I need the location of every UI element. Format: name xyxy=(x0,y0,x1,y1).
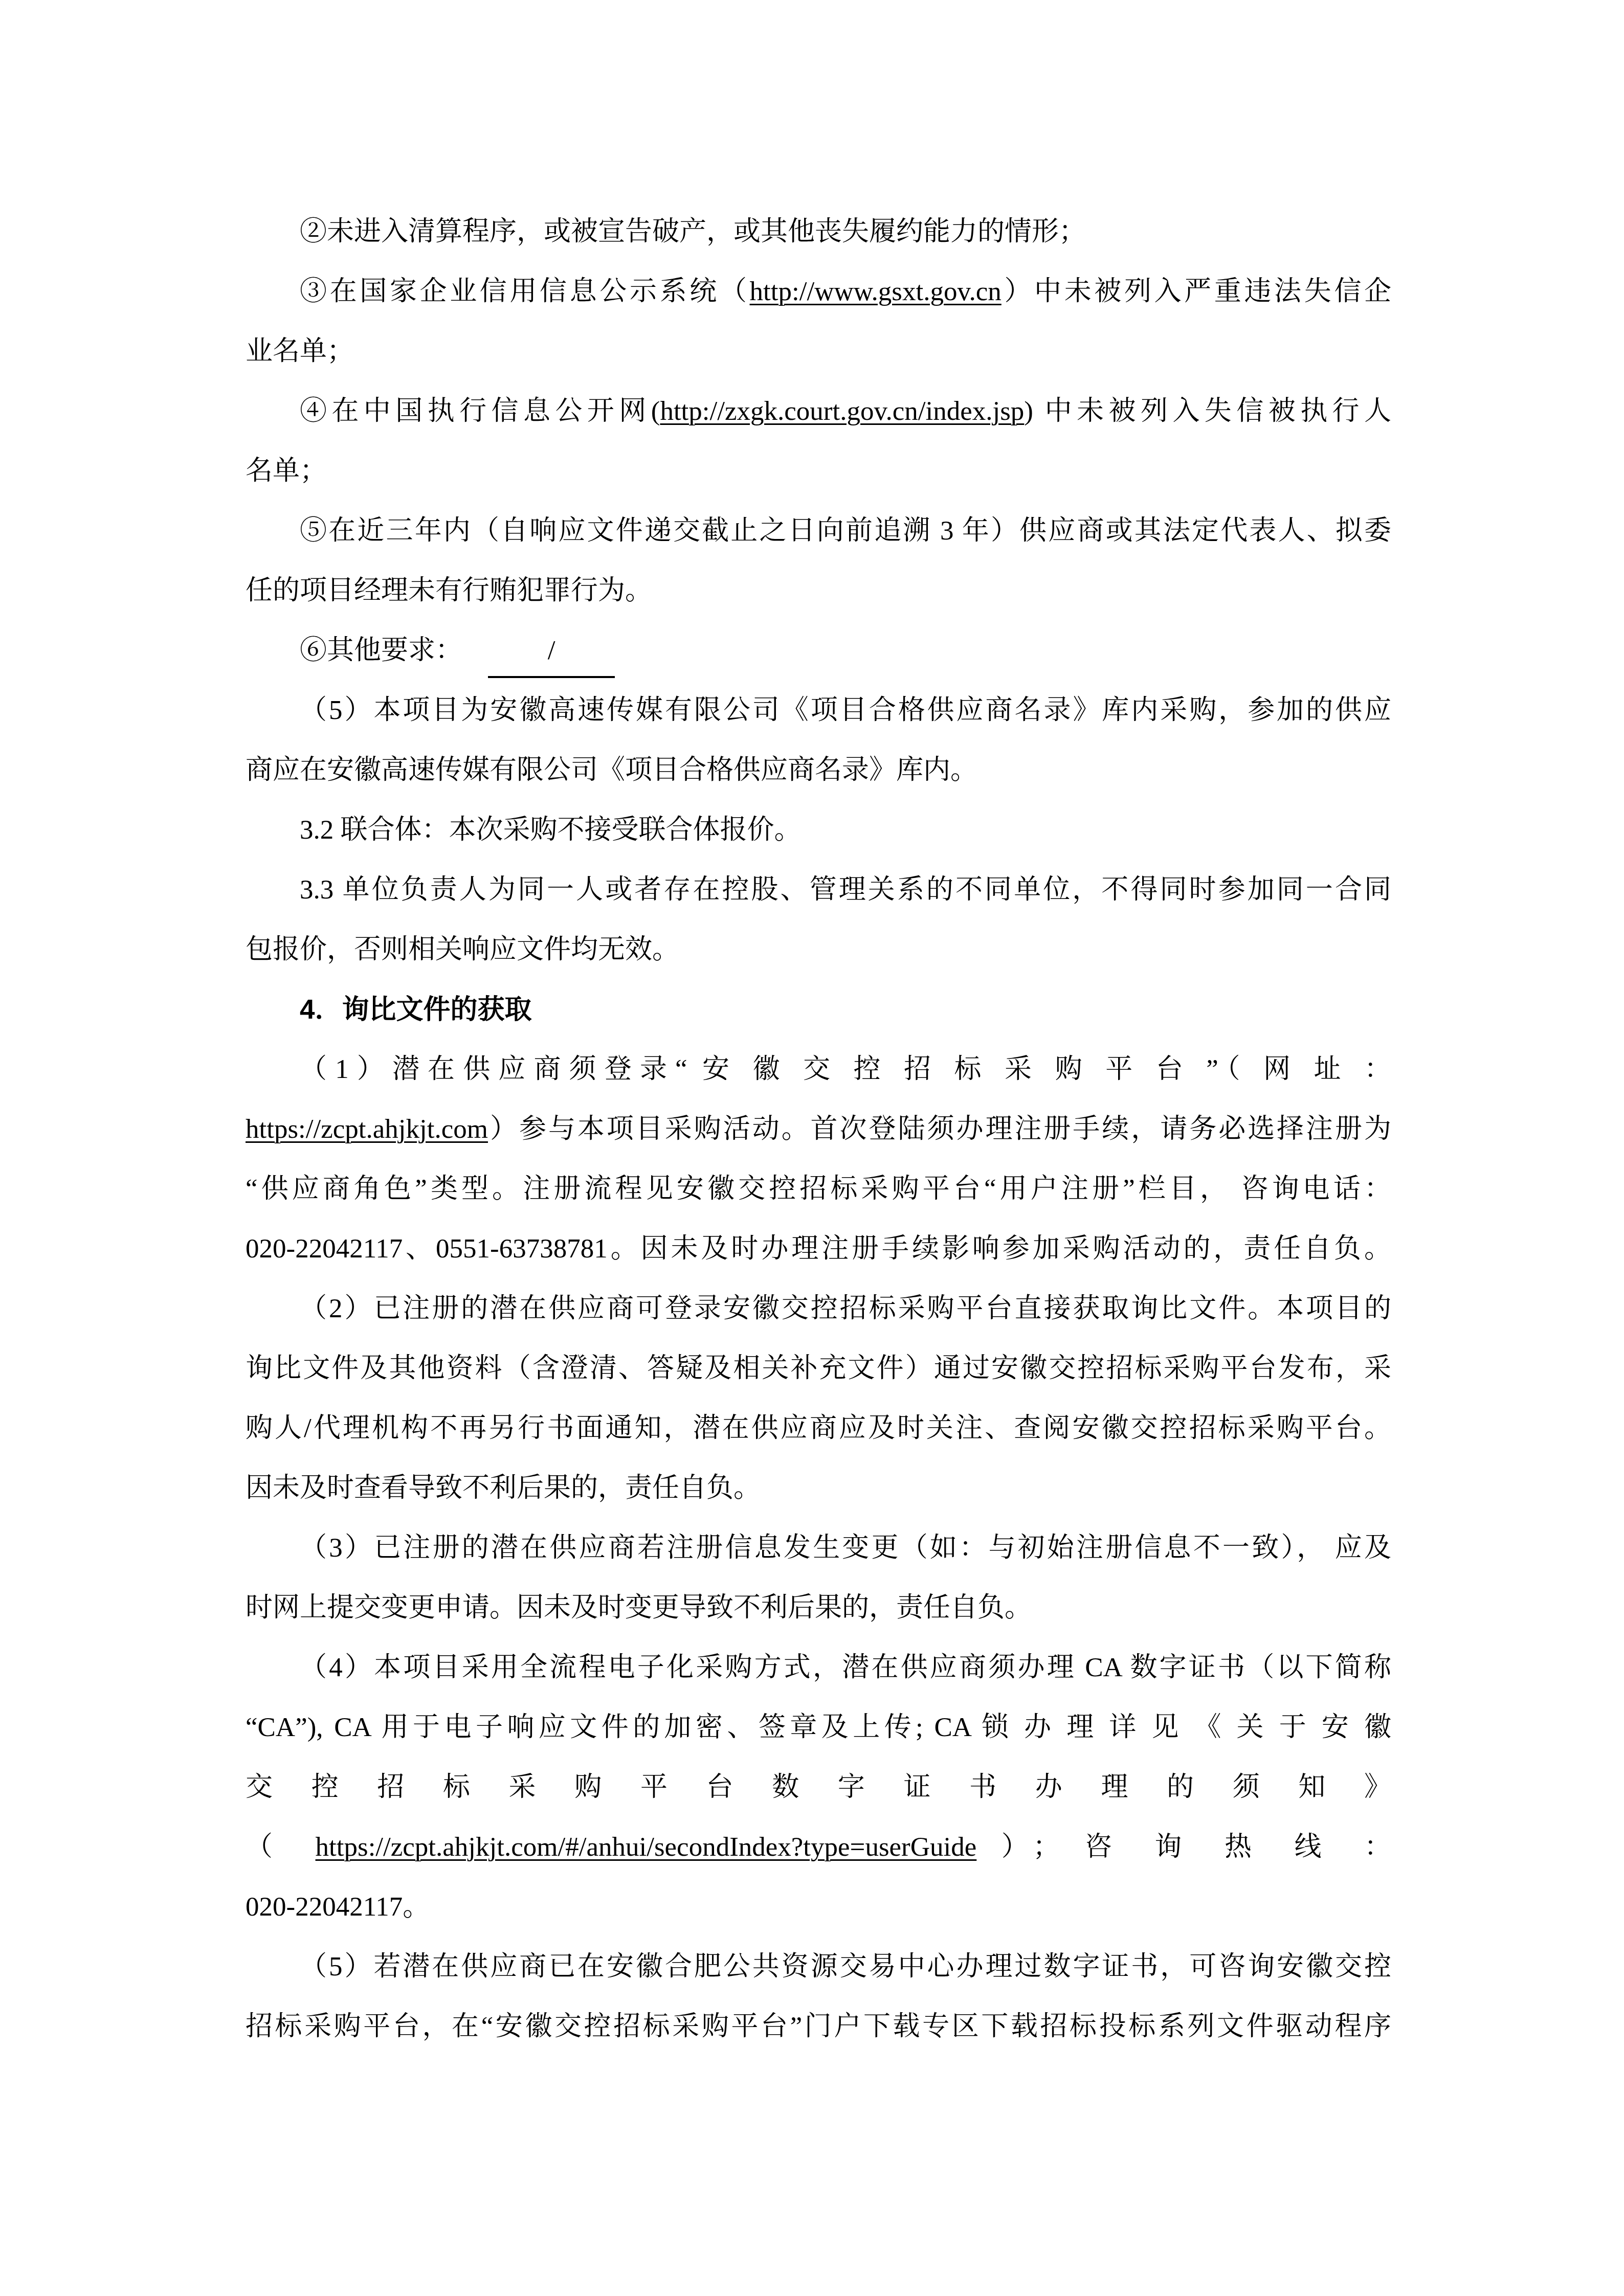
text-run: 4．询比文件的获取 xyxy=(300,995,531,1025)
text-run: “CA”), CA 用于电子响应文件的加密、签章及上传; CA 锁 办 理 详 … xyxy=(246,1713,1391,1742)
text-run: 3.2 联合体：本次采购不接受联合体报价。 xyxy=(300,815,802,845)
doc-line: “供应商角色”类型。注册流程见安徽交控招标采购平台“用户注册”栏目， 咨询电话： xyxy=(246,1159,1391,1219)
text-run: （5）若潜在供应商已在安徽合肥公共资源交易中心办理过数字证书，可咨询安徽交控 xyxy=(300,1952,1391,1982)
text-run: 因未及时查看导致不利后果的，责任自负。 xyxy=(246,1473,761,1503)
doc-line: 商应在安徽高速传媒有限公司《项目合格供应商名录》库内。 xyxy=(246,740,1391,800)
doc-line: 包报价，否则相关响应文件均无效。 xyxy=(246,920,1391,980)
doc-line: （5）若潜在供应商已在安徽合肥公共资源交易中心办理过数字证书，可咨询安徽交控 xyxy=(246,1937,1391,1997)
doc-line: 询比文件及其他资料（含澄清、答疑及相关补充文件）通过安徽交控招标采购平台发布，采 xyxy=(246,1339,1391,1399)
text-run: 招标采购平台，在“安徽交控招标采购平台”门户下载专区下载招标投标系列文件驱动程序 xyxy=(246,2012,1391,2041)
document-page: ②未进入清算程序，或被宣告破产，或其他丧失履约能力的情形；③在国家企业信用信息公… xyxy=(0,0,1624,2296)
doc-line: 招标采购平台，在“安徽交控招标采购平台”门户下载专区下载招标投标系列文件驱动程序 xyxy=(246,1997,1391,2057)
text-run: ⑤在近三年内（自响应文件递交截止之日向前追溯 3 年）供应商或其法定代表人、拟委 xyxy=(300,516,1391,546)
text-run: 时网上提交变更申请。因未及时变更导致不利后果的，责任自负。 xyxy=(246,1593,1032,1623)
text-run: 询比文件及其他资料（含澄清、答疑及相关补充文件）通过安徽交控招标采购平台发布，采 xyxy=(246,1354,1391,1383)
doc-line: 时网上提交变更申请。因未及时变更导致不利后果的，责任自负。 xyxy=(246,1578,1391,1638)
doc-line: （5）本项目为安徽高速传媒有限公司《项目合格供应商名录》库内采购，参加的供应 xyxy=(246,681,1391,740)
doc-line: 020-22042117、0551-63738781。因未及时办理注册手续影响参… xyxy=(246,1219,1391,1279)
text-run: 商应在安徽高速传媒有限公司《项目合格供应商名录》库内。 xyxy=(246,755,977,785)
doc-line: 交 控 招 标 采 购 平 台 数 字 证 书 办 理 的 须 知 》 xyxy=(246,1758,1391,1817)
text-run: ）； 咨 询 热 线 ： xyxy=(976,1832,1391,1862)
text-run: 020-22042117、0551-63738781。因未及时办理注册手续影响参… xyxy=(246,1234,1391,1264)
fill-in-blank: / xyxy=(488,625,615,678)
text-run: 名单； xyxy=(246,456,327,486)
doc-line: （2）已注册的潜在供应商可登录安徽交控招标采购平台直接获取询比文件。本项目的 xyxy=(246,1279,1391,1339)
doc-line: ④在中国执行信息公开网(http://zxgk.court.gov.cn/ind… xyxy=(246,381,1391,441)
text-run: ）中未被列入严重违法失信企 xyxy=(1002,277,1391,306)
text-run: 业名单； xyxy=(246,336,354,366)
text-run: （3）已注册的潜在供应商若注册信息发生变更（如：与初始注册信息不一致）， 应及 xyxy=(300,1533,1391,1563)
doc-line: 3.2 联合体：本次采购不接受联合体报价。 xyxy=(246,800,1391,860)
text-run: “供应商角色”类型。注册流程见安徽交控招标采购平台“用户注册”栏目， 咨询电话： xyxy=(246,1174,1391,1204)
doc-line: ②未进入清算程序，或被宣告破产，或其他丧失履约能力的情形； xyxy=(246,202,1391,262)
doc-line: （1）潜在供应商须登录“ 安 徽 交 控 招 标 采 购 平 台 ”（ 网 址 … xyxy=(246,1040,1391,1099)
text-run: 3.3 单位负责人为同一人或者存在控股、管理关系的不同单位，不得同时参加同一合同 xyxy=(300,875,1391,905)
text-run: ）参与本项目采购活动。首次登陆须办理注册手续，请务必选择注册为 xyxy=(488,1114,1391,1144)
text-run: ⑥其他要求： xyxy=(300,636,462,665)
section-heading: 4．询比文件的获取 xyxy=(246,980,1391,1040)
doc-line: 名单； xyxy=(246,441,1391,501)
text-run: 任的项目经理未有行贿犯罪行为。 xyxy=(246,576,652,605)
doc-line: ③在国家企业信用信息公示系统（http://www.gsxt.gov.cn）中未… xyxy=(246,262,1391,322)
text-run: （4）本项目采用全流程电子化采购方式，潜在供应商须办理 CA 数字证书（以下简称 xyxy=(300,1653,1391,1682)
link-url[interactable]: http://www.gsxt.gov.cn xyxy=(750,277,1002,306)
text-run: 包报价，否则相关响应文件均无效。 xyxy=(246,935,679,964)
text-run: 交 控 招 标 采 购 平 台 数 字 证 书 办 理 的 须 知 》 xyxy=(246,1772,1391,1802)
doc-line: 020-22042117。 xyxy=(246,1877,1391,1937)
text-run: （ xyxy=(246,1832,316,1862)
text-run: 购人/代理机构不再另行书面通知，潜在供应商应及时关注、查阅安徽交控招标采购平台。 xyxy=(246,1413,1391,1443)
doc-line: 因未及时查看导致不利后果的，责任自负。 xyxy=(246,1458,1391,1518)
text-run: （5）本项目为安徽高速传媒有限公司《项目合格供应商名录》库内采购，参加的供应 xyxy=(300,695,1391,725)
text-run: （1）潜在供应商须登录“ 安 徽 交 控 招 标 采 购 平 台 ”（ 网 址 … xyxy=(300,1054,1391,1084)
doc-line: 购人/代理机构不再另行书面通知，潜在供应商应及时关注、查阅安徽交控招标采购平台。 xyxy=(246,1399,1391,1458)
doc-line: （4）本项目采用全流程电子化采购方式，潜在供应商须办理 CA 数字证书（以下简称 xyxy=(246,1638,1391,1698)
text-run: 020-22042117。 xyxy=(246,1892,430,1922)
doc-line: ⑤在近三年内（自响应文件递交截止之日向前追溯 3 年）供应商或其法定代表人、拟委 xyxy=(246,501,1391,561)
doc-line: “CA”), CA 用于电子响应文件的加密、签章及上传; CA 锁 办 理 详 … xyxy=(246,1698,1391,1758)
doc-line: 业名单； xyxy=(246,322,1391,381)
text-run: （2）已注册的潜在供应商可登录安徽交控招标采购平台直接获取询比文件。本项目的 xyxy=(300,1294,1391,1323)
doc-line: https://zcpt.ahjkjt.com）参与本项目采购活动。首次登陆须办… xyxy=(246,1099,1391,1159)
text-run: ②未进入清算程序，或被宣告破产，或其他丧失履约能力的情形； xyxy=(300,217,1086,246)
link-url[interactable]: https://zcpt.ahjkjt.com/#/anhui/secondIn… xyxy=(316,1832,977,1862)
text-run: ④在中国执行信息公开网( xyxy=(300,396,660,426)
text-run: ③在国家企业信用信息公示系统（ xyxy=(300,277,750,306)
doc-line: 3.3 单位负责人为同一人或者存在控股、管理关系的不同单位，不得同时参加同一合同 xyxy=(246,860,1391,920)
link-url[interactable]: https://zcpt.ahjkjt.com xyxy=(246,1114,488,1144)
doc-line: 任的项目经理未有行贿犯罪行为。 xyxy=(246,561,1391,621)
doc-line: （ https://zcpt.ahjkjt.com/#/anhui/second… xyxy=(246,1817,1391,1877)
text-run: ) 中未被列入失信被执行人 xyxy=(1024,396,1391,426)
link-url[interactable]: http://zxgk.court.gov.cn/index.jsp xyxy=(660,396,1024,426)
doc-line: （3）已注册的潜在供应商若注册信息发生变更（如：与初始注册信息不一致）， 应及 xyxy=(246,1518,1391,1578)
doc-line: ⑥其他要求：/ xyxy=(246,621,1391,681)
